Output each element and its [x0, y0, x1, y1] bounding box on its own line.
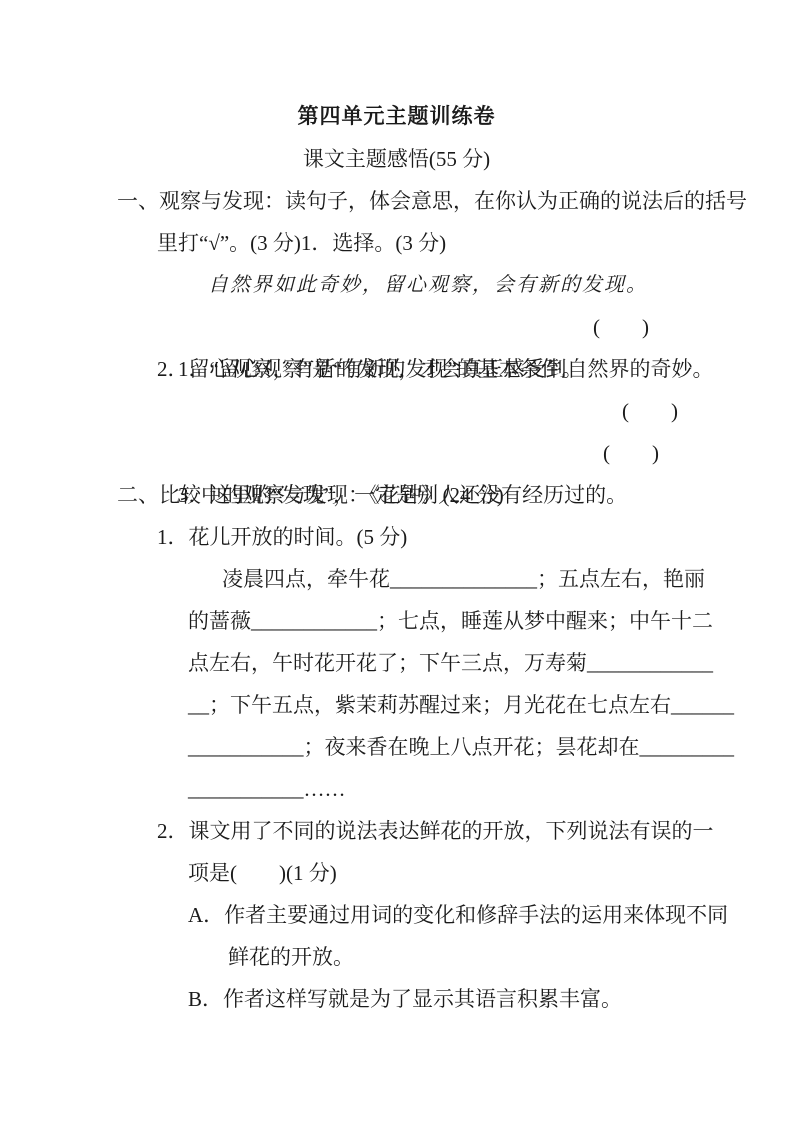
section-1-item-2-answer-line: ( ) [0, 390, 793, 432]
section-2-q2-option-b-line-1: B．作者这样写就是为了显示其语言积累丰富。 [0, 978, 793, 1020]
section-2-q1-paragraph-line-6: ___________…… [0, 768, 793, 810]
section-2-q1-paragraph-line-3: 点左右，午时花开花了；下午三点，万寿菊____________ [0, 642, 793, 684]
section-2-q1-paragraph-line-1: 凌晨四点，牵牛花______________；五点左右，艳丽 [0, 558, 793, 600]
section-1-heading-line-2: 里打“√”。(3 分)1．选择。(3 分) [0, 222, 793, 264]
section-2-heading: 二、比较中的观察与发现：《花钟》(24 分) [0, 474, 793, 516]
section-1-heading-line-1: 一、观察与发现：读句子，体会意思，在你认为正确的说法后的括号 [0, 180, 793, 222]
section-2-q2-option-a-line-1: A．作者主要通过用词的变化和修辞手法的运用来体现不同 [0, 894, 793, 936]
section-1-quote-sentence: 自然界如此奇妙，留心观察，会有新的发现。 [0, 264, 793, 306]
section-1-item-1: 1．“留心观察”是“有新的发现”的基本条件。 ( ) [0, 306, 793, 348]
section-1-item-2-text: 2．留心观察，有新的发现，才会真正感受到自然界的奇妙。 [0, 348, 793, 390]
exam-subtitle: 课文主题感悟(55 分) [0, 138, 793, 180]
section-1-item-2-answer-brackets: ( ) [622, 390, 678, 432]
section-1-item-3: 3．这里的“发现”，一定是别人还没有经历过的。 ( ) [0, 432, 793, 474]
section-2-q1-paragraph-line-5: ___________；夜来香在晚上八点开花；昙花却在_________ [0, 726, 793, 768]
section-2-q1-paragraph-line-4: __；下午五点，紫茉莉苏醒过来；月光花在七点左右______ [0, 684, 793, 726]
exam-page: 第四单元主题训练卷 课文主题感悟(55 分) 一、观察与发现：读句子，体会意思，… [0, 0, 793, 1122]
section-1-item-3-answer-brackets: ( ) [603, 432, 659, 474]
section-2-q2-option-a-line-2: 鲜花的开放。 [0, 936, 793, 978]
exam-title: 第四单元主题训练卷 [0, 96, 793, 138]
section-2-q1-label: 1．花儿开放的时间。(5 分) [0, 516, 793, 558]
section-1-item-1-answer-brackets: ( ) [593, 306, 649, 348]
section-2-q2-line-2: 项是( )(1 分) [0, 852, 793, 894]
section-2-q2-line-1: 2．课文用了不同的说法表达鲜花的开放，下列说法有误的一 [0, 810, 793, 852]
section-2-q1-paragraph-line-2: 的蔷薇____________；七点，睡莲从梦中醒来；中午十二 [0, 600, 793, 642]
